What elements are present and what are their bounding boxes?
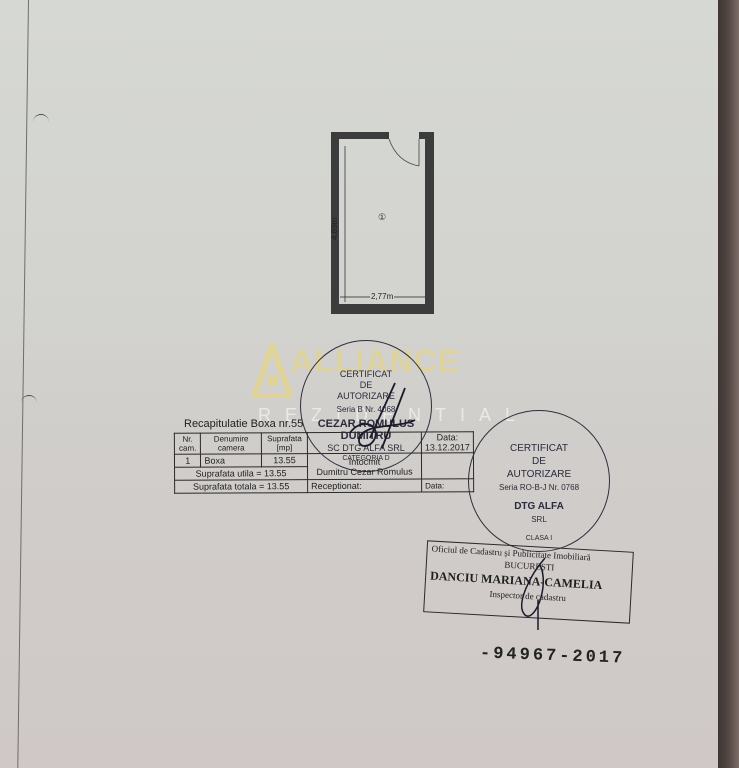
stamp-line: AUTORIZARE	[469, 469, 609, 480]
stamp-class: CLASA I	[469, 535, 609, 542]
stamp-company: DTG ALFA	[469, 501, 609, 512]
recap-title: Recapitulatie Boxa nr.55	[184, 418, 303, 430]
dimension-length: 4,89m	[330, 218, 339, 240]
signature-scribble	[340, 378, 420, 458]
total-area: Suprafata totala = 13.55	[175, 480, 308, 494]
row-nr: 1	[174, 454, 201, 467]
header-name: Denumire camera	[201, 433, 262, 454]
header-nr: Nr. cam.	[174, 433, 201, 454]
date-cell: Data: 13.12.2017	[421, 432, 473, 453]
stamp-line: CERTIFICAT	[469, 443, 609, 454]
stamp-company-type: SRL	[469, 515, 609, 524]
header-area: Suprafata [mp]	[261, 433, 307, 454]
room-number: ①	[378, 212, 386, 223]
binder-edge	[718, 0, 739, 768]
row-area: 13.55	[262, 454, 308, 467]
date-label: Data:	[425, 432, 470, 442]
prepared-by: Dumitru Cezar Romulus	[311, 466, 418, 477]
received-date-label: Data:	[422, 479, 474, 492]
stamp-series: Seria RO-B-J Nr. 0768	[469, 483, 609, 492]
date-value: 13.12.2017	[425, 442, 470, 452]
punch-hole-mark	[33, 114, 49, 123]
empty-cell	[421, 453, 473, 479]
punch-hole-mark	[21, 395, 37, 404]
floor-plan	[331, 132, 434, 314]
stamp-line: DE	[469, 456, 609, 467]
row-name: Boxa	[201, 454, 262, 467]
useful-area: Suprafata utila = 13.55	[175, 467, 308, 481]
recap-table: Nr. cam. Denumire camera Suprafata [mp] …	[174, 431, 474, 494]
watermark-house-icon	[252, 343, 292, 398]
dimension-width: 2,77m	[370, 292, 394, 301]
inspector-signature	[510, 555, 560, 635]
authorization-stamp-company: CERTIFICAT DE AUTORIZARE Seria RO-B-J Nr…	[468, 410, 610, 552]
received-label: Receptionat:	[308, 479, 422, 493]
